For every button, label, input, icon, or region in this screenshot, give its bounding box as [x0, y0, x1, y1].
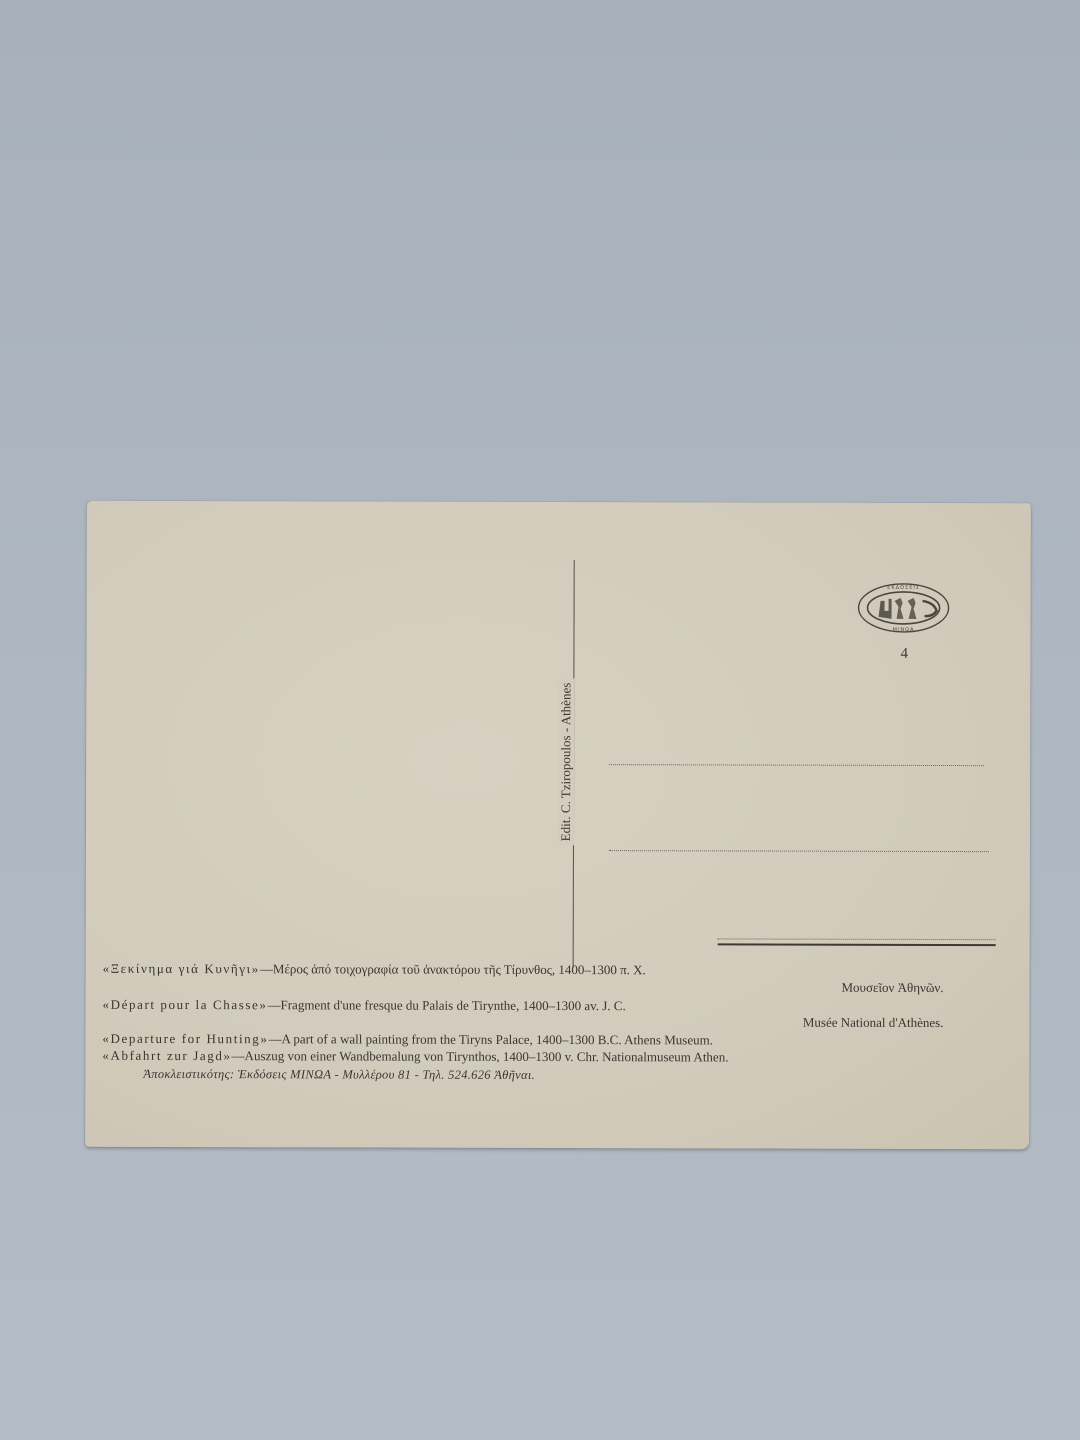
caption-french-text: —Fragment d'une fresque du Palais de Tir… — [267, 997, 625, 1013]
caption-french-museum: Musée National d'Athènes. — [803, 1015, 944, 1031]
caption-greek: «Ξεκίνημα γιά Κυνῆγι»—Μέρος ἀπό τοιχογρα… — [103, 961, 1030, 979]
caption-greek-museum: Μουσεῖον Ἀθηνῶν. — [841, 980, 943, 996]
postcard-back: Edit. C. Tziropoulos - Athènes ΕΚΔΟΣΕΙΣ … — [85, 501, 1031, 1149]
caption-greek-text: —Μέρος ἀπό τοιχογραφία τοῦ ἀνακτόρου τῆς… — [260, 961, 646, 977]
address-line-2 — [609, 850, 989, 852]
publisher-footer: Ἀποκλειστικότης: Ἐκδόσεις ΜΙΝΩΑ - Μυλλέρ… — [143, 1067, 1029, 1084]
caption-greek-title: «Ξεκίνημα γιά Κυνῆγι» — [103, 961, 260, 976]
caption-english: «Departure for Hunting»—A part of a wall… — [102, 1031, 1029, 1049]
caption-english-title: «Departure for Hunting» — [102, 1031, 268, 1046]
svg-text:ΕΚΔΟΣΕΙΣ: ΕΚΔΟΣΕΙΣ — [887, 585, 920, 591]
address-underline — [718, 943, 996, 946]
address-line-1 — [609, 764, 984, 766]
caption-german-title: «Abfahrt zur Jagd» — [102, 1048, 231, 1063]
caption-english-text: —A part of a wall painting from the Tiry… — [268, 1031, 713, 1047]
card-number: 4 — [900, 646, 908, 663]
caption-german-text: —Auszug von einer Wandbemalung von Tiryn… — [232, 1048, 729, 1064]
address-line-3 — [718, 938, 996, 940]
caption-german: «Abfahrt zur Jagd»—Auszug von einer Wand… — [102, 1048, 1029, 1066]
caption-french-title: «Départ pour la Chasse» — [103, 997, 268, 1012]
publisher-vertical-label: Edit. C. Tziropoulos - Athènes — [558, 679, 574, 846]
minoan-figures-seal-icon: ΕΚΔΟΣΕΙΣ ΜΙΝΩΑ — [856, 581, 950, 635]
svg-text:ΜΙΝΩΑ: ΜΙΝΩΑ — [893, 627, 915, 633]
caption-french: «Départ pour la Chasse»—Fragment d'une f… — [103, 997, 1030, 1015]
